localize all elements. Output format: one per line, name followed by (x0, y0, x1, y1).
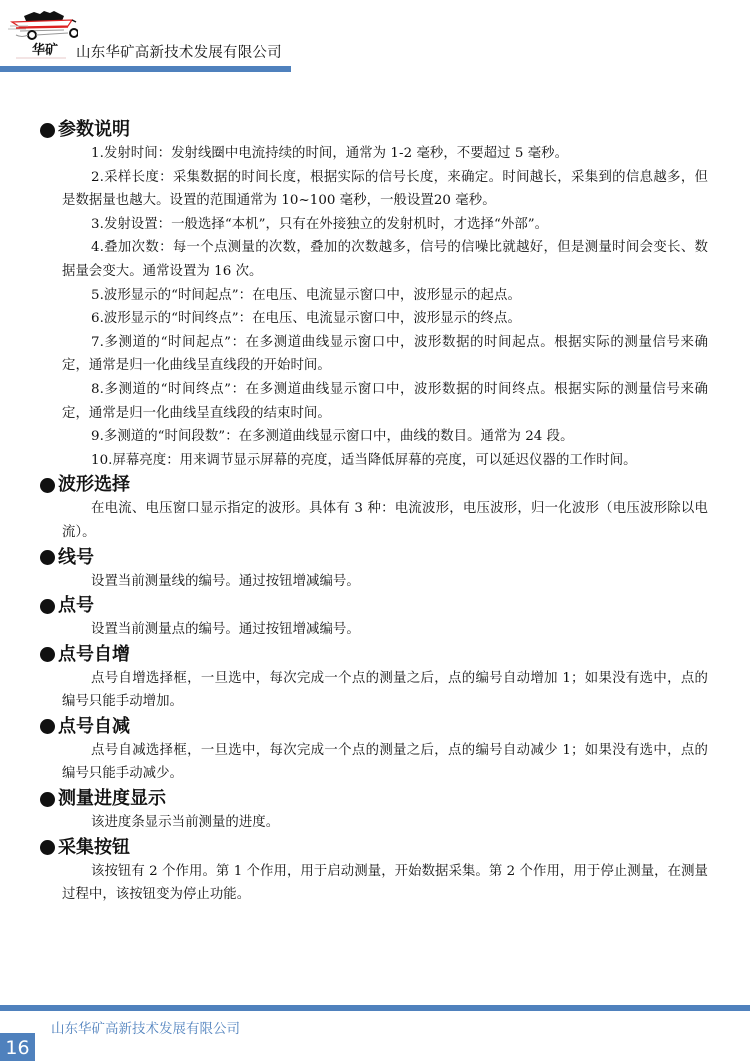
section-title: 波形选择 (40, 473, 708, 497)
paragraph: 3.发射设置：一般选择“本机”，只有在外接独立的发射机时，才选择“外部”。 (40, 213, 708, 237)
paragraph: 设置当前测量线的编号。通过按钮增减编号。 (40, 570, 708, 594)
paragraph: 6.波形显示的“时间终点”：在电压、电流显示窗口中，波形显示的终点。 (40, 307, 708, 331)
section-title: 点号 (40, 594, 708, 618)
section-point-auto-increment: 点号自增 点号自增选择框，一旦选中，每次完成一个点的测量之后，点的编号自动增加 … (40, 643, 708, 714)
paragraph: 在电流、电压窗口显示指定的波形。具体有 3 种：电流波形，电压波形，归一化波形（… (40, 497, 708, 544)
section-progress-display: 测量进度显示 该进度条显示当前测量的进度。 (40, 787, 708, 835)
paragraph: 该按钮有 2 个作用。第 1 个作用，用于启动测量，开始数据采集。第 2 个作用… (40, 860, 708, 907)
section-waveform-select: 波形选择 在电流、电压窗口显示指定的波形。具体有 3 种：电流波形，电压波形，归… (40, 473, 708, 544)
page-header: 华矿 山东华矿高新技术发展有限公司 (0, 0, 750, 80)
svg-text:华矿: 华矿 (32, 42, 58, 58)
section-line-number: 线号 设置当前测量线的编号。通过按钮增减编号。 (40, 546, 708, 594)
bullet-icon (40, 840, 55, 855)
bullet-icon (40, 599, 55, 614)
section-title: 点号自增 (40, 643, 708, 667)
bullet-icon (40, 123, 55, 138)
document-body: 参数说明 1.发射时间：发射线圈中电流持续的时间，通常为 1-2 毫秒，不要超过… (40, 118, 708, 908)
paragraph: 该进度条显示当前测量的进度。 (40, 811, 708, 835)
paragraph: 1.发射时间：发射线圈中电流持续的时间，通常为 1-2 毫秒，不要超过 5 毫秒… (40, 142, 708, 166)
paragraph: 8.多测道的“时间终点”：在多测道曲线显示窗口中，波形数据的时间终点。根据实际的… (40, 378, 708, 425)
footer-company-name: 山东华矿高新技术发展有限公司 (51, 1017, 240, 1037)
bullet-icon (40, 550, 55, 565)
paragraph: 5.波形显示的“时间起点”：在电压、电流显示窗口中，波形显示的起点。 (40, 284, 708, 308)
mining-truck-logo-icon: 华矿 (6, 2, 78, 60)
section-title: 点号自减 (40, 715, 708, 739)
paragraph: 9.多测道的“时间段数”：在多测道曲线显示窗口中，曲线的数目。通常为 24 段。 (40, 425, 708, 449)
bullet-icon (40, 647, 55, 662)
section-point-auto-decrement: 点号自减 点号自减选择框，一旦选中，每次完成一个点的测量之后，点的编号自动减少 … (40, 715, 708, 786)
paragraph: 7.多测道的“时间起点”：在多测道曲线显示窗口中，波形数据的时间起点。根据实际的… (40, 331, 708, 378)
section-acquire-button: 采集按钮 该按钮有 2 个作用。第 1 个作用，用于启动测量，开始数据采集。第 … (40, 836, 708, 907)
section-title: 采集按钮 (40, 836, 708, 860)
section-point-number: 点号 设置当前测量点的编号。通过按钮增减编号。 (40, 594, 708, 642)
section-title: 线号 (40, 546, 708, 570)
page-number: 16 (0, 1033, 35, 1061)
paragraph: 10.屏幕亮度：用来调节显示屏幕的亮度，适当降低屏幕的亮度，可以延迟仪器的工作时… (40, 449, 708, 473)
section-title: 测量进度显示 (40, 787, 708, 811)
bullet-icon (40, 478, 55, 493)
header-company-name: 山东华矿高新技术发展有限公司 (76, 41, 282, 62)
paragraph: 4.叠加次数：每一个点测量的次数，叠加的次数越多，信号的信噪比就越好，但是测量时… (40, 236, 708, 283)
bullet-icon (40, 719, 55, 734)
paragraph: 点号自增选择框，一旦选中，每次完成一个点的测量之后，点的编号自动增加 1；如果没… (40, 667, 708, 714)
section-title: 参数说明 (40, 118, 708, 142)
company-logo: 华矿 (6, 2, 78, 60)
footer-divider (0, 1005, 750, 1011)
paragraph: 设置当前测量点的编号。通过按钮增减编号。 (40, 618, 708, 642)
paragraph: 点号自减选择框，一旦选中，每次完成一个点的测量之后，点的编号自动减少 1；如果没… (40, 739, 708, 786)
paragraph: 2.采样长度：采集数据的时间长度，根据实际的信号长度，来确定。时间越长，采集到的… (40, 166, 708, 213)
section-parameters: 参数说明 1.发射时间：发射线圈中电流持续的时间，通常为 1-2 毫秒，不要超过… (40, 118, 708, 472)
bullet-icon (40, 792, 55, 807)
header-divider (0, 66, 291, 72)
